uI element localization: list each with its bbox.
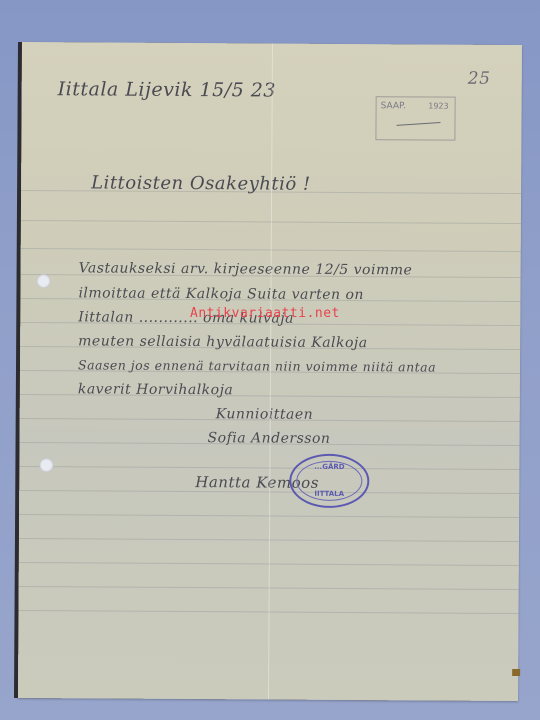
punch-hole (36, 274, 50, 288)
archive-stamp-right: 1923 (428, 101, 448, 110)
corner-tab (512, 669, 520, 676)
body-line: ilmoittaa että Kalkoja Suita varten on (78, 285, 364, 303)
letter-paper: 25 Iittala Lijevik 15/5 23 SAAP. 1923 Li… (18, 42, 522, 701)
pencil-page-number: 25 (468, 69, 491, 89)
ruled-line (19, 586, 519, 590)
ruled-line (19, 490, 519, 494)
archive-stamp: SAAP. 1923 (375, 96, 455, 140)
body-line: Vastaukseksi arv. kirjeeseenne 12/5 voim… (79, 260, 413, 278)
archive-stamp-mark (397, 122, 441, 126)
date-line: Iittala Lijevik 15/5 23 (58, 78, 276, 101)
signer-name: Sofia Andersson (208, 430, 331, 447)
closing: Kunnioittaen (216, 406, 314, 423)
ruled-line (20, 418, 520, 422)
ruled-line (19, 466, 519, 470)
body-line: Saasen jos ennenä tarvitaan niin voimme … (78, 357, 436, 374)
ruled-line (20, 442, 520, 446)
company-seal: ...GÅRD IITTALA (289, 454, 369, 508)
seal-top-text: ...GÅRD (291, 463, 367, 471)
salutation: Littoisten Osakeyhtiö ! (91, 172, 311, 194)
ruled-line (19, 562, 519, 566)
ruled-line (21, 220, 521, 224)
ruled-line (19, 514, 519, 518)
body-line: meuten sellaisia hyvälaatuisia Kalkoja (78, 333, 368, 351)
body-line: kaverit Horvihalkoja (78, 381, 234, 398)
watermark: Antikvariaatti.net (190, 306, 340, 321)
ruled-line (19, 538, 519, 542)
seal-bottom-text: IITTALA (291, 490, 367, 498)
ruled-line (19, 610, 519, 614)
ruled-line (21, 248, 521, 252)
archive-stamp-left: SAAP. (381, 101, 406, 111)
punch-hole (39, 458, 53, 472)
